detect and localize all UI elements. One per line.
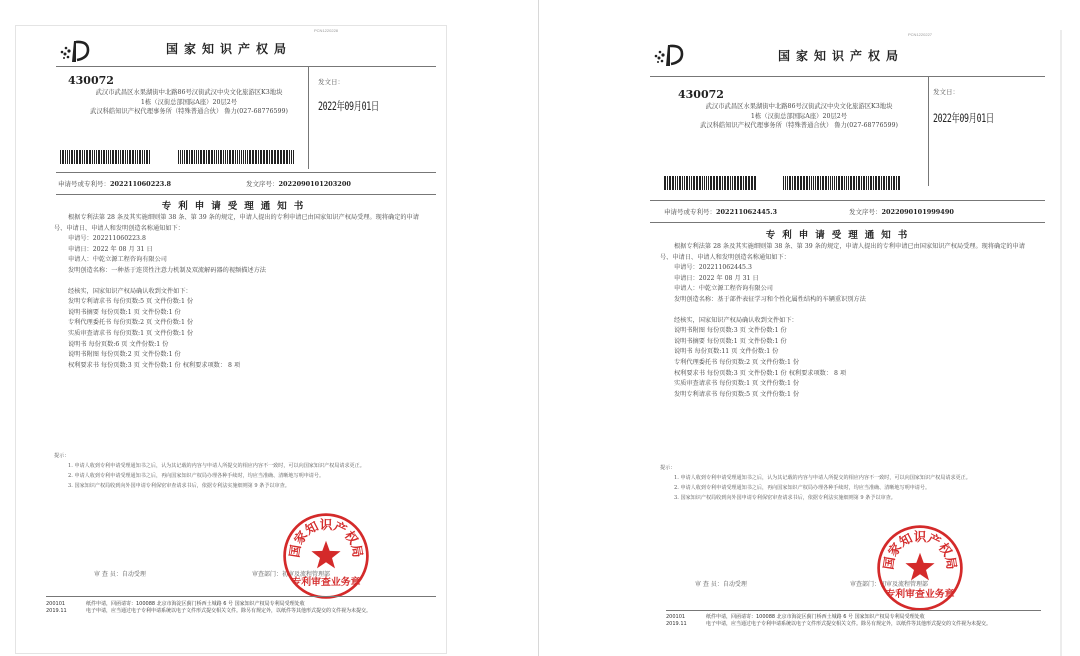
footer-code: 2019.11 [666, 621, 701, 628]
issue-date: 2022年09月01日 [933, 110, 994, 126]
received-file: 权利要求书 每份页数:3 页 文件份数:1 份 权利要求项数： 8 项 [660, 369, 1032, 380]
received-file: 发明专利请求书 每份页数:5 页 文件份数:1 份 [54, 297, 426, 308]
tip-item: 2. 申请人收到专利申请受理通知书之后，再向国家知识产权局办理各种手续时，均应当… [54, 471, 426, 481]
received-file: 说明书摘要 每份页数:1 页 文件份数:1 份 [54, 308, 426, 319]
received-file: 权利要求书 每份页数:3 页 文件份数:1 份 权利要求项数： 8 项 [54, 361, 426, 372]
official-seal: 国家知识产权局专利审查业务章 [281, 511, 371, 601]
intro-paragraph: 根据专利法第 28 条及其实施细则第 38 条、第 39 条的规定，申请人提出的… [660, 242, 1032, 263]
page-divider [538, 0, 539, 656]
header-rule [650, 76, 1045, 77]
address-line: 武汉科皓知识产权代理事务所（特殊普通合伙） 鲁力(027-68776599) [60, 107, 318, 117]
serial-no: 2022090101999490 [882, 208, 954, 216]
tip-item: 3. 国家知识产权局收到向外国申请专利保密审查请求书后，依据专利法实施细则第 9… [54, 481, 426, 491]
footer-line: 电子申请，应当通过电子专利申请系统以电子文件形式提交相关文件。除另有规定外，以纸… [86, 608, 416, 615]
notice-title: 专利申请受理通知书 [660, 227, 1020, 241]
received-file: 专利代理委托书 每份页数:2 页 文件份数:1 份 [54, 318, 426, 329]
document-page-2: PCN1220227 国家知识产权局 430072 武汉市武昌区水果湖街中北路8… [650, 30, 1050, 656]
right-page-edge [1060, 30, 1062, 656]
application-no: 202211060223.8 [110, 180, 171, 188]
form-code: PCN1220227 [908, 32, 932, 37]
address-line: 1栋（汉街总部国际A座）20层2号 [670, 112, 928, 122]
cnipa-logo-icon [652, 42, 692, 68]
tip-item: 2. 申请人收到专利申请受理通知书之后，再向国家知识产权局办理各种手续时，均应当… [660, 483, 1032, 493]
svg-text:识: 识 [320, 517, 333, 532]
field-invention-title: 发明创造名称：一种基于连贯性注意力机制及双流解码器的视频描述方法 [54, 266, 426, 277]
serial-no: 2022090101203200 [279, 180, 351, 188]
received-file: 实质审查请求书 每份页数:1 页 文件份数:1 份 [660, 379, 1032, 390]
application-no-label: 申请号或专利号： [58, 180, 110, 188]
received-label: 经核实，国家知识产权局确认收到文件如下： [54, 287, 426, 298]
tips-section: 提示： 1. 申请人收到专利申请受理通知书之后，认为其记载的内容与申请人所提交的… [660, 463, 1032, 503]
recipient-address: 武汉市武昌区水果湖街中北路86号汉街武汉中央文化旅游区K3地块 1栋（汉街总部国… [670, 102, 928, 131]
received-file: 说明书 每份页数:6 页 文件份数:1 份 [54, 340, 426, 351]
footer-rule [46, 596, 436, 597]
issue-date: 2022年09月01日 [318, 98, 379, 114]
field-filing-date: 申请日：2022 年 08 月 31 日 [54, 245, 426, 256]
svg-text:专利审查业务章: 专利审查业务章 [291, 575, 360, 588]
address-line: 1栋（汉街总部国际A座）20层2号 [60, 98, 318, 108]
received-file: 专利代理委托书 每份页数:2 页 文件份数:1 份 [660, 358, 1032, 369]
postcode: 430072 [678, 88, 724, 101]
field-filing-date: 申请日：2022 年 08 月 31 日 [660, 274, 1032, 285]
received-file: 实质审查请求书 每份页数:1 页 文件份数:1 份 [54, 329, 426, 340]
rule [56, 172, 436, 173]
tip-item: 1. 申请人收到专利申请受理通知书之后，认为其记载的内容与申请人所提交的相应内容… [54, 461, 426, 471]
header-rule [56, 66, 436, 67]
field-applicant: 申请人：中乾立源工程咨询有限公司 [660, 284, 1032, 295]
tip-item: 1. 申请人收到专利申请受理通知书之后，认为其记载的内容与申请人所提交的相应内容… [660, 473, 1032, 483]
svg-text:识: 识 [914, 529, 927, 544]
notice-title: 专利申请受理通知书 [56, 198, 416, 212]
footer-line: 纸件申请，回函请寄：100088 北京市海淀区蓟门桥西土城路 6 号 国家知识产… [706, 614, 1036, 621]
rule [56, 194, 436, 195]
received-file: 说明书摘要 每份页数:1 页 文件份数:1 份 [660, 337, 1032, 348]
address-line: 武汉市武昌区水果湖街中北路86号汉街武汉中央文化旅游区K3地块 [670, 102, 928, 112]
document-page-1: PCN1220228 国家知识产权局 430072 武汉市武昌区水果湖街中北路8… [15, 25, 447, 654]
address-line: 武汉市武昌区水果湖街中北路86号汉街武汉中央文化旅游区K3地块 [60, 88, 318, 98]
tips-label: 提示： [54, 451, 426, 461]
field-invention-title: 发明创造名称：基于部件表征学习和个性化属性结构的车辆重识别方法 [660, 295, 1032, 306]
footer-code: 2019.11 [46, 608, 81, 615]
rule [650, 222, 1045, 223]
notice-body: 根据专利法第 28 条及其实施细则第 38 条、第 39 条的规定，申请人提出的… [660, 242, 1032, 400]
address-line: 武汉科皓知识产权代理事务所（特殊普通合伙） 鲁力(027-68776599) [670, 121, 928, 131]
svg-text:局: 局 [349, 544, 366, 559]
received-label: 经核实，国家知识产权局确认收到文件如下： [660, 316, 1032, 327]
svg-text:局: 局 [943, 556, 960, 571]
footer-code: 200101 [46, 601, 81, 608]
serial-no-label: 发文序号： [849, 208, 882, 216]
postcode: 430072 [68, 74, 114, 87]
barcode-1 [60, 150, 154, 164]
footer-rule [666, 610, 1041, 611]
tips-section: 提示： 1. 申请人收到专利申请受理通知书之后，认为其记载的内容与申请人所提交的… [54, 451, 426, 491]
agency-name: 国家知识产权局 [778, 47, 904, 64]
issue-date-label: 发文日： [933, 87, 959, 96]
received-file: 发明专利请求书 每份页数:5 页 文件份数:1 份 [660, 390, 1032, 401]
application-number-row: 申请号或专利号：202211062445.3 发文序号：202209010199… [664, 207, 1024, 216]
field-application-no: 申请号：202211062445.3 [660, 263, 1032, 274]
barcode-1 [664, 176, 758, 190]
reviewer: 审 查 员：自动受理 [695, 579, 747, 588]
rule [650, 200, 1045, 201]
cnipa-logo-icon [58, 38, 98, 64]
received-file: 说明书附图 每份页数:2 页 文件份数:1 份 [54, 350, 426, 361]
issue-date-label: 发文日： [318, 77, 344, 86]
header-vertical-rule [308, 66, 309, 169]
intro-paragraph: 根据专利法第 28 条及其实施细则第 38 条、第 39 条的规定，申请人提出的… [54, 213, 426, 234]
barcode-2 [178, 150, 298, 164]
application-no: 202211062445.3 [716, 208, 777, 216]
tip-item: 3. 国家知识产权局收到向外国申请专利保密审查请求书后，依据专利法实施细则第 9… [660, 493, 1032, 503]
form-code: PCN1220228 [314, 28, 338, 33]
application-number-row: 申请号或专利号：202211060223.8 发文序号：202209010120… [58, 179, 418, 188]
agency-name: 国家知识产权局 [166, 40, 292, 57]
notice-body: 根据专利法第 28 条及其实施细则第 38 条、第 39 条的规定，申请人提出的… [54, 213, 426, 371]
barcode-2 [783, 176, 903, 190]
field-application-no: 申请号：202211060223.8 [54, 234, 426, 245]
official-seal: 国家知识产权局专利审查业务章 [875, 523, 965, 613]
field-applicant: 申请人：中乾立源工程咨询有限公司 [54, 255, 426, 266]
tips-label: 提示： [660, 463, 1032, 473]
svg-text:专利审查业务章: 专利审查业务章 [885, 587, 954, 600]
footer-code: 200101 [666, 614, 701, 621]
application-no-label: 申请号或专利号： [664, 208, 716, 216]
received-file: 说明书 每份页数:11 页 文件份数:1 份 [660, 347, 1032, 358]
serial-no-label: 发文序号： [246, 180, 279, 188]
footer-line: 电子申请，应当通过电子专利申请系统以电子文件形式提交相关文件。除另有规定外，以纸… [706, 621, 1036, 628]
footer-line: 纸件申请，回函请寄：100088 北京市海淀区蓟门桥西土城路 6 号 国家知识产… [86, 601, 416, 608]
reviewer: 审 查 员：自动受理 [94, 569, 146, 578]
header-vertical-rule [928, 76, 929, 186]
recipient-address: 武汉市武昌区水果湖街中北路86号汉街武汉中央文化旅游区K3地块 1栋（汉街总部国… [60, 88, 318, 117]
received-file: 说明书附图 每份页数:3 页 文件份数:1 份 [660, 326, 1032, 337]
